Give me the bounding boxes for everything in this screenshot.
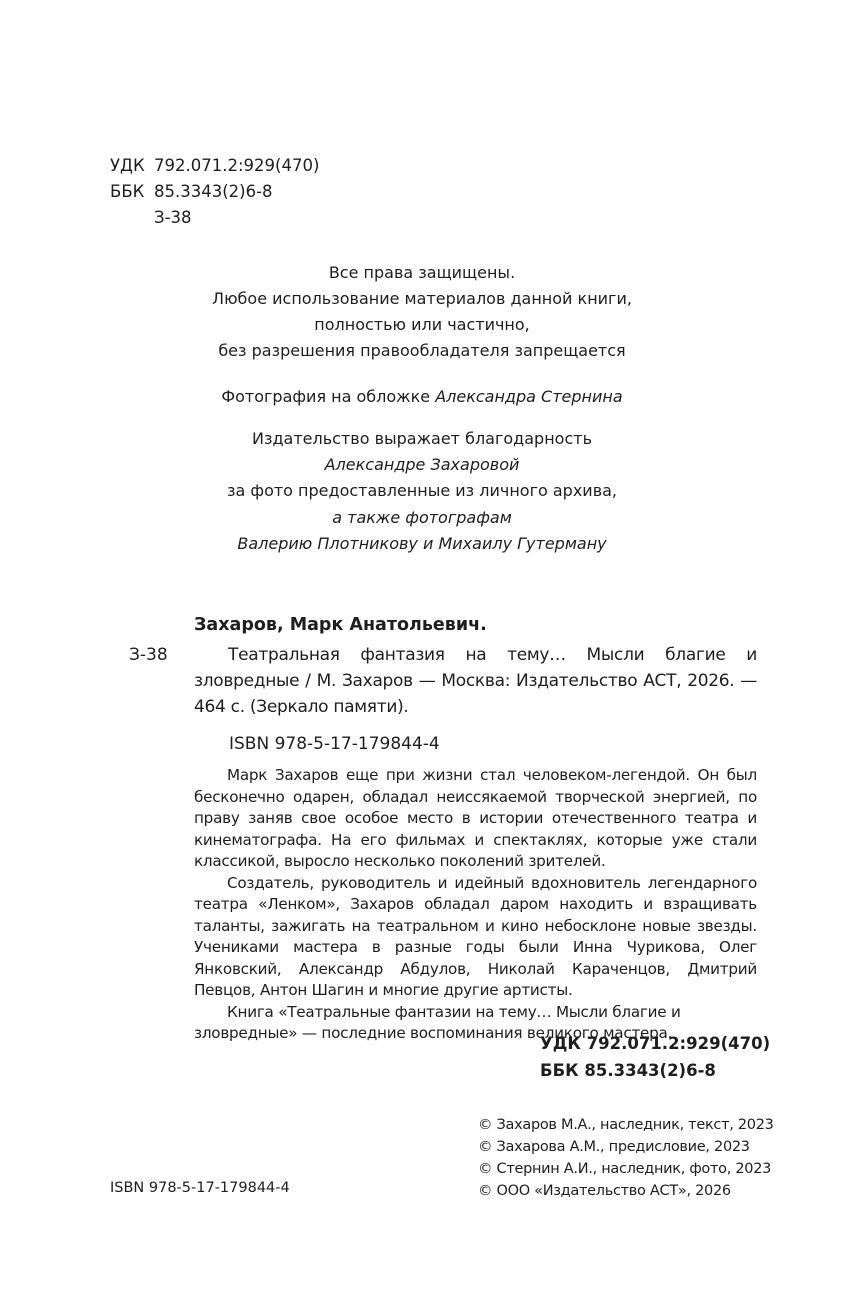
classification-codes: УДК792.071.2:929(470) ББК85.3343(2)6-8 З…	[110, 153, 319, 231]
photo-credit: Фотография на обложке Александра Стернин…	[0, 384, 844, 410]
bbk-bold: ББК 85.3343(2)6-8	[540, 1057, 770, 1084]
isbn-footer: ISBN 978-5-17-179844-4	[110, 1180, 290, 1196]
rights-line: полностью или частично,	[0, 312, 844, 338]
bbk-label: ББК	[110, 179, 154, 205]
copyright-line: © ООО «Издательство АСТ», 2026	[478, 1180, 774, 1202]
ack-line: а также фотографам	[0, 505, 844, 531]
ack-line: Издательство выражает благодарность	[0, 426, 844, 452]
copyright-line: © Захаров М.А., наследник, текст, 2023	[478, 1114, 774, 1136]
author-sign: З-38	[110, 205, 319, 231]
udk-bold: УДК 792.071.2:929(470)	[540, 1030, 770, 1057]
photographer-name: Александра Стернина	[435, 387, 622, 406]
rights-line: Все права защищены.	[0, 260, 844, 286]
udk-label: УДК	[110, 153, 154, 179]
copyright-list: © Захаров М.А., наследник, текст, 2023 ©…	[478, 1114, 774, 1202]
ack-names: Валерию Плотникову и Михаилу Гутерману	[0, 531, 844, 557]
copyright-line: © Стернин А.И., наследник, фото, 2023	[478, 1158, 774, 1180]
annotation: Марк Захаров еще при жизни стал человеко…	[194, 765, 757, 1045]
bibliographic-entry: Театральная фантазия на тему… Мысли благ…	[194, 642, 757, 720]
rights-line: Любое использование материалов данной кн…	[0, 286, 844, 312]
acknowledgement: Издательство выражает благодарность Алек…	[0, 426, 844, 504]
copyright-line: © Захарова А.М., предисловие, 2023	[478, 1136, 774, 1158]
annotation-paragraph: Создатель, руководитель и идейный вдохно…	[194, 873, 757, 1002]
annotation-paragraph: Марк Захаров еще при жизни стал человеко…	[194, 765, 757, 873]
ack-name: Александре Захаровой	[0, 452, 844, 478]
acknowledgement-photographers: а также фотографам Валерию Плотникову и …	[0, 505, 844, 557]
udk-value: 792.071.2:929(470)	[154, 153, 319, 179]
author-heading: Захаров, Марк Анатольевич.	[194, 615, 487, 635]
rights-notice: Все права защищены. Любое использование …	[0, 260, 844, 364]
ack-line: за фото предоставленные из личного архив…	[0, 478, 844, 504]
isbn: ISBN 978-5-17-179844-4	[229, 734, 440, 754]
margin-author-sign: З-38	[129, 645, 168, 665]
rights-line: без разрешения правообладателя запрещает…	[0, 338, 844, 364]
bold-classification: УДК 792.071.2:929(470) ББК 85.3343(2)6-8	[540, 1030, 770, 1084]
bbk-value: 85.3343(2)6-8	[154, 179, 273, 205]
photo-credit-prefix: Фотография на обложке	[221, 387, 435, 406]
